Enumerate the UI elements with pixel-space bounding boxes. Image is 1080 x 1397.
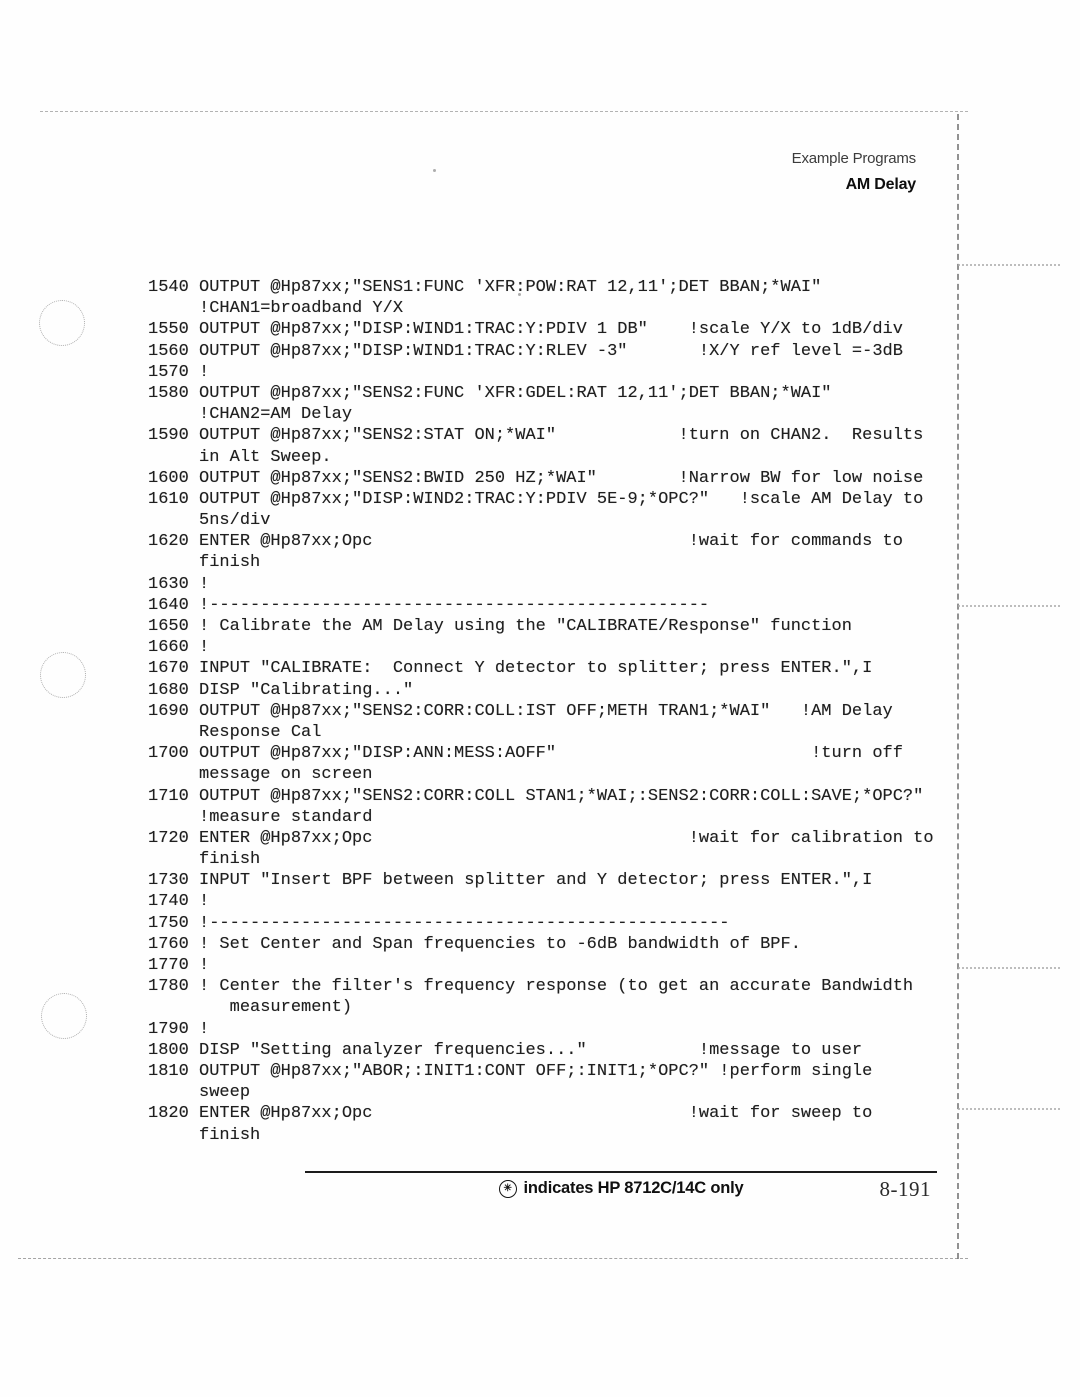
code-line: 1710 OUTPUT @Hp87xx;"SENS2:CORR:COLL STA… [148,786,934,807]
code-line: 1750 !----------------------------------… [148,913,934,934]
punch-hole-circle [41,993,87,1039]
page-edge-vertical-line [957,114,959,1259]
code-line: finish [148,849,934,870]
code-line: 1700 OUTPUT @Hp87xx;"DISP:ANN:MESS:AOFF"… [148,743,934,764]
code-line: 1580 OUTPUT @Hp87xx;"SENS2:FUNC 'XFR:GDE… [148,383,934,404]
footer-note: ✳ indicates HP 8712C/14C only [305,1179,937,1198]
footer-note-label: indicates HP 8712C/14C only [524,1179,744,1198]
code-line: 1540 OUTPUT @Hp87xx;"SENS1:FUNC 'XFR:POW… [148,277,934,298]
section-title: AM Delay [792,176,916,194]
hp-option-flower-icon: ✳ [499,1180,517,1198]
code-line: 5ns/div [148,510,934,531]
code-line: 1740 ! [148,891,934,912]
code-line: 1630 ! [148,574,934,595]
code-line: 1590 OUTPUT @Hp87xx;"SENS2:STAT ON;*WAI"… [148,425,934,446]
punch-hole-circle [40,652,86,698]
code-line: 1760 ! Set Center and Span frequencies t… [148,934,934,955]
breadcrumb: Example Programs [792,150,916,167]
right-margin-tick [958,264,1060,266]
top-edge-dotted-line [40,111,968,112]
code-line: Response Cal [148,722,934,743]
code-line: message on screen [148,764,934,785]
code-line: !CHAN1=broadband Y/X [148,298,934,319]
code-line: 1780 ! Center the filter's frequency res… [148,976,934,997]
code-line: 1820 ENTER @Hp87xx;Opc !wait for sweep t… [148,1103,934,1124]
right-margin-tick [958,1108,1060,1110]
code-line: 1690 OUTPUT @Hp87xx;"SENS2:CORR:COLL:IST… [148,701,934,722]
code-line: 1650 ! Calibrate the AM Delay using the … [148,616,934,637]
code-line: 1670 INPUT "CALIBRATE: Connect Y detecto… [148,658,934,679]
punch-hole-circle [39,300,85,346]
code-line: finish [148,1125,934,1146]
code-line: sweep [148,1082,934,1103]
page-header: Example Programs AM Delay [792,150,916,194]
code-line: finish [148,552,934,573]
right-margin-tick [958,605,1060,607]
code-line: 1770 ! [148,955,934,976]
code-line: measurement) [148,997,934,1018]
code-line: 1680 DISP "Calibrating..." [148,680,934,701]
code-line: 1560 OUTPUT @Hp87xx;"DISP:WIND1:TRAC:Y:R… [148,341,934,362]
code-line: !CHAN2=AM Delay [148,404,934,425]
code-line: 1660 ! [148,637,934,658]
code-line: 1610 OUTPUT @Hp87xx;"DISP:WIND2:TRAC:Y:P… [148,489,934,510]
code-line: 1810 OUTPUT @Hp87xx;"ABOR;:INIT1:CONT OF… [148,1061,934,1082]
code-line: 1790 ! [148,1019,934,1040]
footer: ✳ indicates HP 8712C/14C only 8-191 [305,1179,937,1203]
code-line: 1550 OUTPUT @Hp87xx;"DISP:WIND1:TRAC:Y:P… [148,319,934,340]
code-listing: 1540 OUTPUT @Hp87xx;"SENS1:FUNC 'XFR:POW… [148,277,934,1146]
code-line: 1730 INPUT "Insert BPF between splitter … [148,870,934,891]
code-line: 1720 ENTER @Hp87xx;Opc !wait for calibra… [148,828,934,849]
right-margin-tick [958,967,1060,969]
code-line: 1800 DISP "Setting analyzer frequencies.… [148,1040,934,1061]
code-line: 1570 ! [148,362,934,383]
page-number: 8-191 [880,1177,932,1202]
manual-page: Example Programs AM Delay 1540 OUTPUT @H… [0,0,1080,1397]
scan-speck [433,169,436,172]
footer-rule [305,1171,937,1173]
code-line: in Alt Sweep. [148,447,934,468]
bottom-edge-dotted-line [18,1258,968,1259]
code-line: 1640 !----------------------------------… [148,595,934,616]
code-line: 1600 OUTPUT @Hp87xx;"SENS2:BWID 250 HZ;*… [148,468,934,489]
code-line: 1620 ENTER @Hp87xx;Opc !wait for command… [148,531,934,552]
code-line: !measure standard [148,807,934,828]
